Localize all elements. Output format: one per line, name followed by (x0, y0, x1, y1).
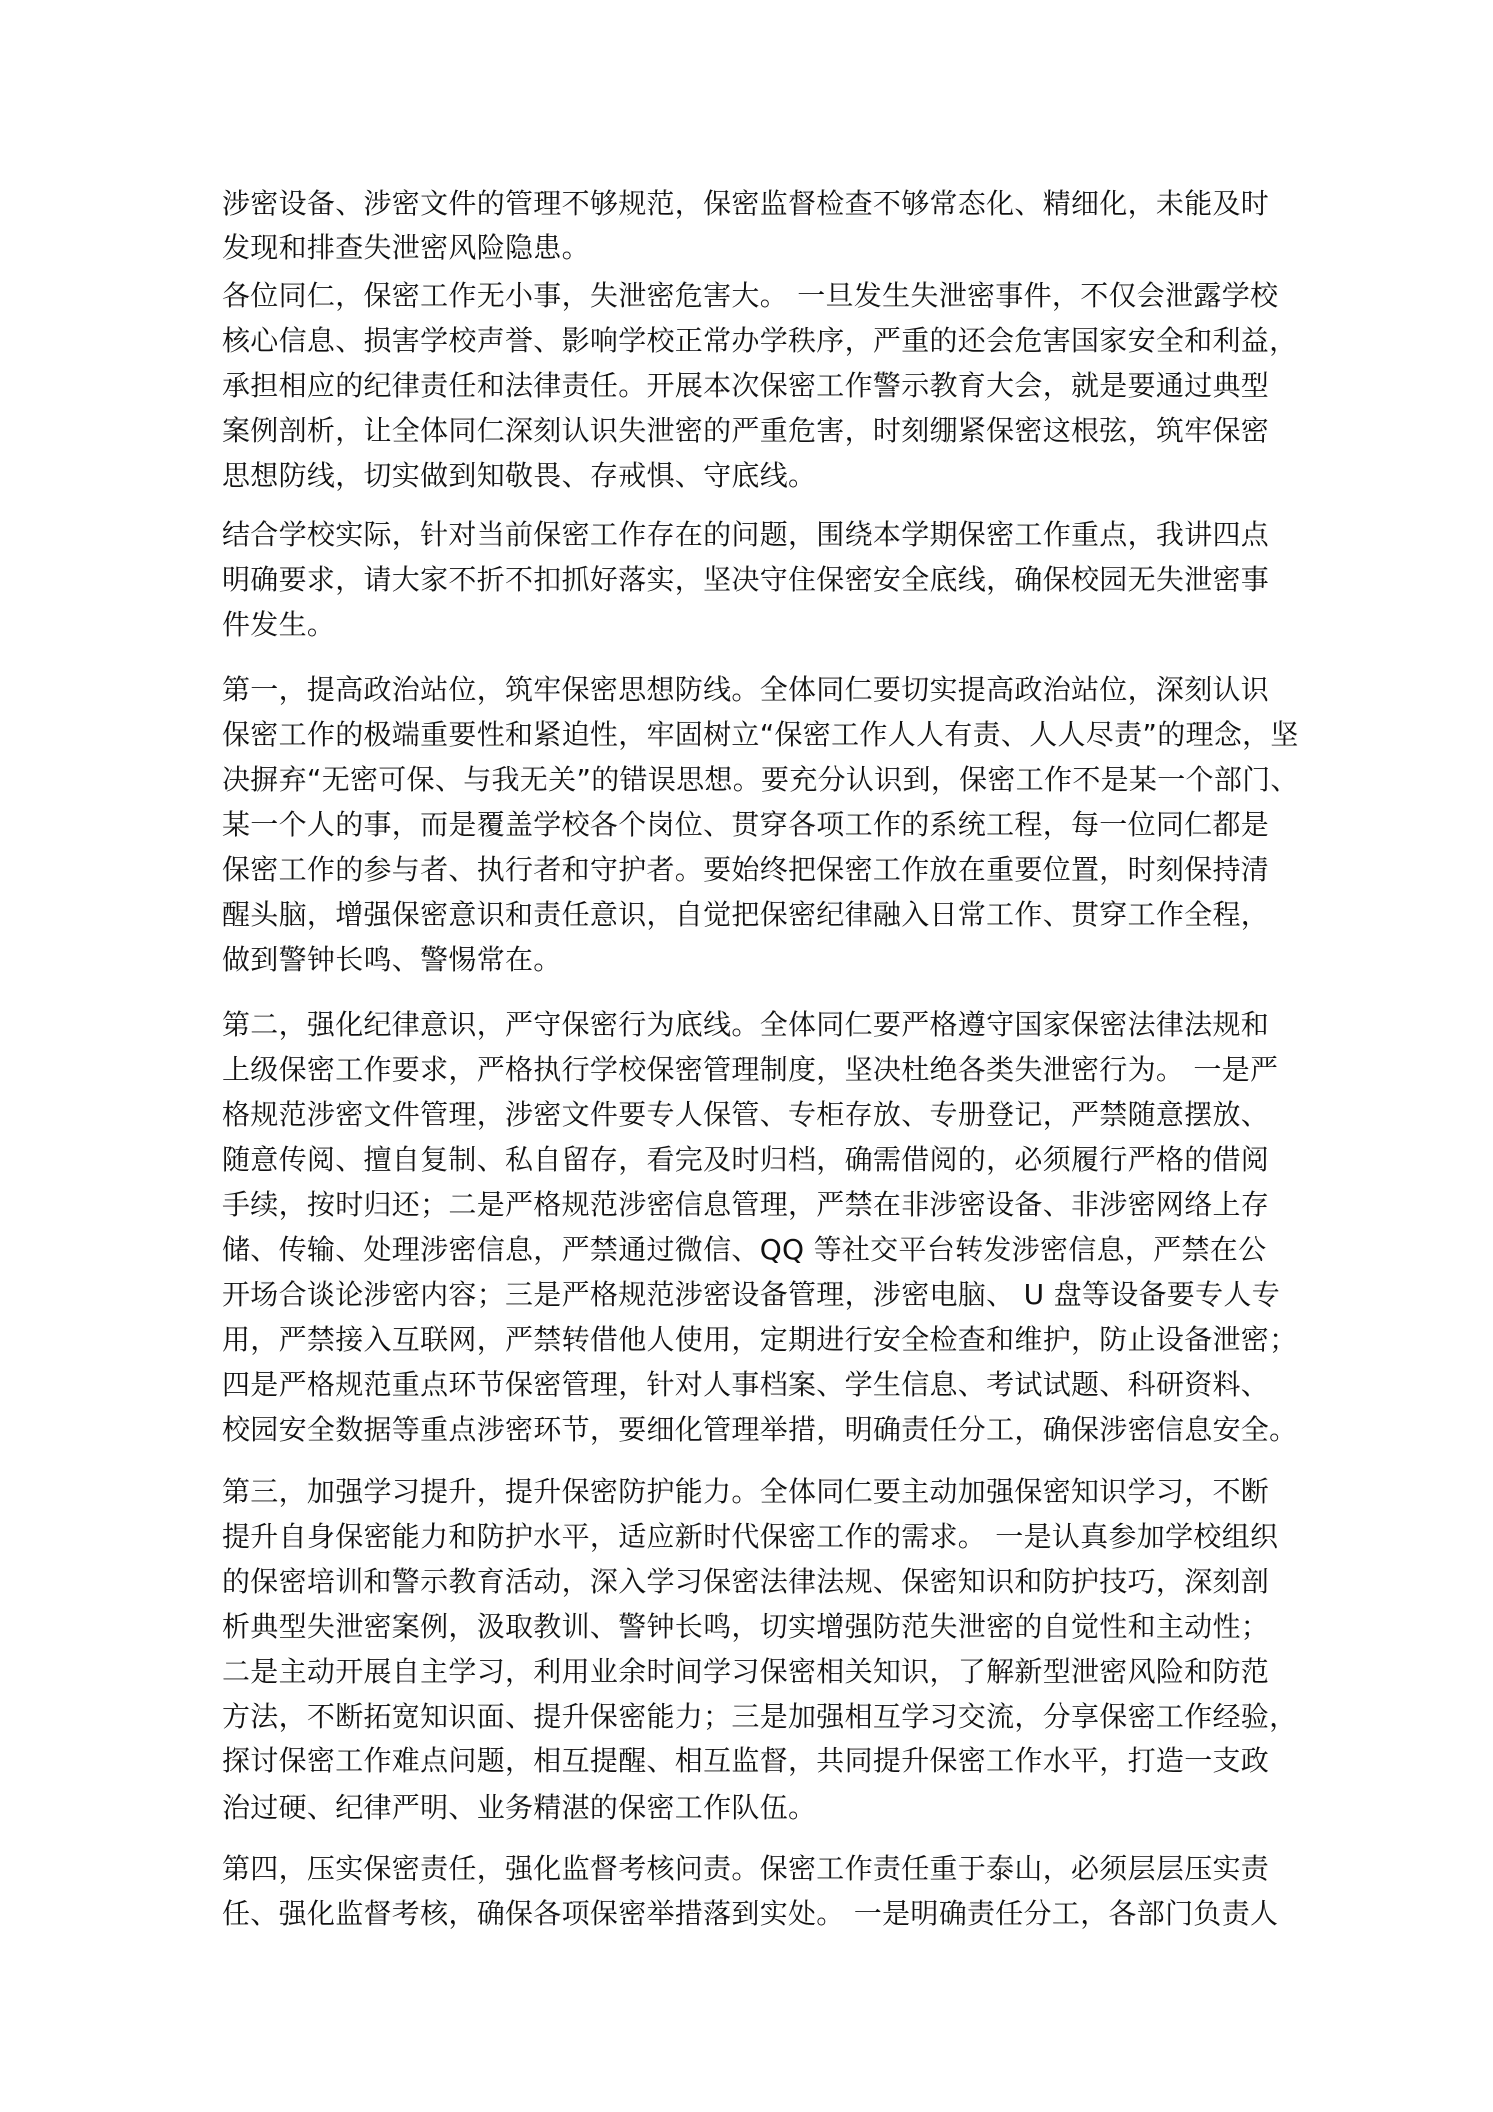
text-line: 格规范涉密文件管理，涉密文件要专人保管、专柜存放、专册登记，严禁随意摆放、 (222, 1097, 1269, 1133)
text-line: 提升自身保密能力和防护水平，适应新时代保密工作的需求。 一是认真参加学校组织 (222, 1519, 1278, 1555)
text-line: 开场合谈论涉密内容；三是严格规范涉密设备管理，涉密电脑、 U 盘等设备要专人专 (222, 1277, 1280, 1313)
text-line: 醒头脑，增强保密意识和责任意识，自觉把保密纪律融入日常工作、贯穿工作全程， (222, 897, 1269, 933)
text-line: 第一，提高政治站位，筑牢保密思想防线。全体同仁要切实提高政治站位，深刻认识 (222, 672, 1269, 708)
text-line: 储、传输、处理涉密信息，严禁通过微信、QQ 等社交平台转发涉密信息，严禁在公 (222, 1232, 1266, 1268)
text-line: 上级保密工作要求，严格执行学校保密管理制度，坚决杜绝各类失泄密行为。 一是严 (222, 1052, 1278, 1088)
text-line: 做到警钟长鸣、警惕常在。 (222, 942, 562, 978)
text-line: 析典型失泄密案例，汲取教训、警钟长鸣，切实增强防范失泄密的自觉性和主动性； (222, 1609, 1269, 1645)
text-line: 案例剖析，让全体同仁深刻认识失泄密的严重危害，时刻绷紧保密这根弦，筑牢保密 (222, 413, 1269, 449)
text-line: 结合学校实际，针对当前保密工作存在的问题，围绕本学期保密工作重点，我讲四点 (222, 517, 1269, 553)
text-line: 随意传阅、擅自复制、私自留存，看完及时归档，确需借阅的，必须履行严格的借阅 (222, 1142, 1269, 1178)
text-line: 各位同仁，保密工作无小事，失泄密危害大。 一旦发生失泄密事件，不仅会泄露学校 (222, 278, 1278, 314)
text-line: 涉密设备、涉密文件的管理不够规范，保密监督检查不够常态化、精细化，未能及时 (222, 186, 1269, 222)
text-line: 第四，压实保密责任，强化监督考核问责。保密工作责任重于泰山，必须层层压实责 (222, 1851, 1269, 1887)
text-line: 任、强化监督考核，确保各项保密举措落到实处。 一是明确责任分工，各部门负责人 (222, 1896, 1278, 1932)
text-line: 保密工作的极端重要性和紧迫性，牢固树立“保密工作人人有责、人人尽责”的理念，坚 (222, 717, 1299, 753)
text-line: 发现和排查失泄密风险隐患。 (222, 230, 590, 266)
text-line: 思想防线，切实做到知敬畏、存戒惧、守底线。 (222, 458, 816, 494)
document-page: 涉密设备、涉密文件的管理不够规范，保密监督检查不够常态化、精细化，未能及时发现和… (0, 0, 1493, 2112)
text-line: 手续，按时归还；二是严格规范涉密信息管理，严禁在非涉密设备、非涉密网络上存 (222, 1187, 1269, 1223)
text-line: 探讨保密工作难点问题，相互提醒、相互监督，共同提升保密工作水平，打造一支政 (222, 1743, 1269, 1779)
text-line: 校园安全数据等重点涉密环节，要细化管理举措，明确责任分工，确保涉密信息安全。 (222, 1412, 1297, 1448)
text-line: 件发生。 (222, 607, 335, 643)
text-line: 四是严格规范重点环节保密管理，针对人事档案、学生信息、考试试题、科研资料、 (222, 1367, 1269, 1403)
text-line: 决摒弃“无密可保、与我无关”的错误思想。要充分认识到，保密工作不是某一个部门、 (222, 762, 1299, 798)
text-line: 方法，不断拓宽知识面、提升保密能力；三是加强相互学习交流，分享保密工作经验， (222, 1699, 1297, 1735)
text-line: 保密工作的参与者、执行者和守护者。要始终把保密工作放在重要位置，时刻保持清 (222, 852, 1269, 888)
text-line: 某一个人的事，而是覆盖学校各个岗位、贯穿各项工作的系统工程，每一位同仁都是 (222, 807, 1269, 843)
text-line: 明确要求，请大家不折不扣抓好落实，坚决守住保密安全底线，确保校园无失泄密事 (222, 562, 1269, 598)
text-line: 二是主动开展自主学习，利用业余时间学习保密相关知识，了解新型泄密风险和防范 (222, 1654, 1269, 1690)
text-line: 核心信息、损害学校声誉、影响学校正常办学秩序，严重的还会危害国家安全和利益， (222, 323, 1297, 359)
text-line: 用，严禁接入互联网，严禁转借他人使用，定期进行安全检查和维护，防止设备泄密； (222, 1322, 1297, 1358)
text-line: 的保密培训和警示教育活动，深入学习保密法律法规、保密知识和防护技巧，深刻剖 (222, 1564, 1269, 1600)
text-line: 承担相应的纪律责任和法律责任。开展本次保密工作警示教育大会，就是要通过典型 (222, 368, 1269, 404)
text-line: 第二，强化纪律意识，严守保密行为底线。全体同仁要严格遵守国家保密法律法规和 (222, 1007, 1269, 1043)
text-line: 治过硬、纪律严明、业务精湛的保密工作队伍。 (222, 1790, 816, 1826)
text-line: 第三，加强学习提升，提升保密防护能力。全体同仁要主动加强保密知识学习，不断 (222, 1474, 1269, 1510)
